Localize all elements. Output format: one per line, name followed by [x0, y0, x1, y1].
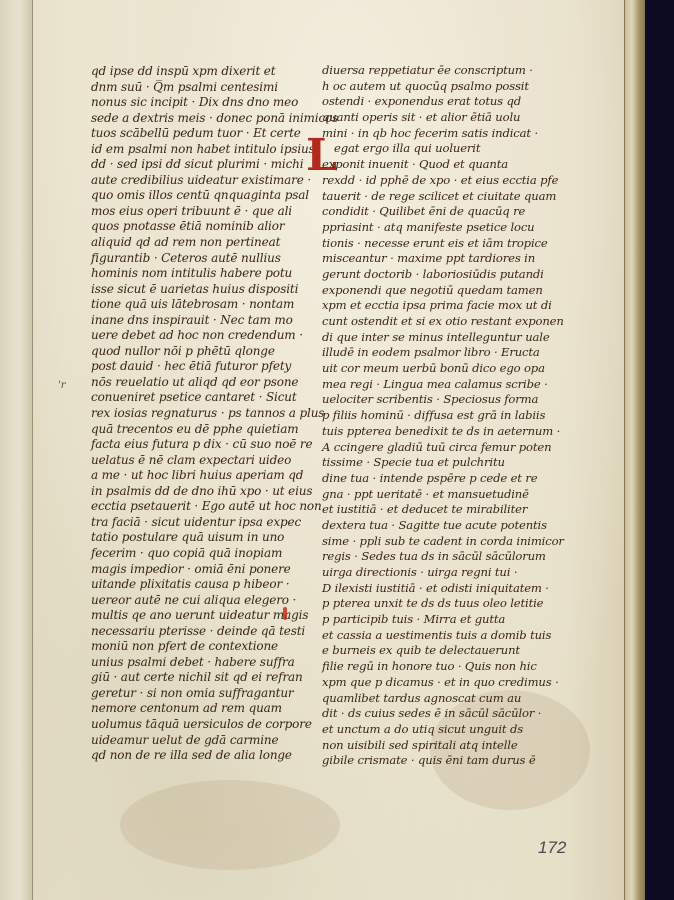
- manuscript-line: fecerim · quo copiā quā inopiam: [91, 546, 296, 562]
- manuscript-line: moniū non pfert de contextione: [91, 639, 296, 655]
- manuscript-line: tuis ppterea benedixit te ds in aeternum…: [322, 419, 552, 435]
- folio-number: 172: [538, 838, 566, 858]
- manuscript-line: illudē in eodem psalmor libro · Eructa: [322, 340, 552, 356]
- manuscript-line: e burneis ex quib te delectauerunt: [322, 638, 552, 654]
- manuscript-line: sede a dextris meis · donec ponā inimico…: [91, 111, 296, 127]
- manuscript-line: quā trecentos eu dē pphe quietiam: [91, 422, 296, 438]
- manuscript-line: cunt ostendit et si ex otio restant expo…: [322, 309, 552, 325]
- manuscript-line: rexdd · id pphē de xpo · et eius ecctia …: [322, 168, 552, 184]
- manuscript-line: dit · ds cuius sedes ē in sācūl sācūlor…: [322, 701, 552, 717]
- manuscript-line: geretur · si non omia suffragantur: [91, 686, 296, 702]
- manuscript-line: magis impedior · omiā ēni ponere: [91, 562, 296, 578]
- manuscript-line: ostendi · exponendus erat totus qd: [322, 89, 552, 105]
- manuscript-line: et iustitiā · et deducet te mirabiliter: [322, 497, 552, 513]
- manuscript-line: xpm et ecctia ipsa prima facie mox ut di: [322, 293, 552, 309]
- manuscript-line: condidit · Quilibet ēni de quacūq re: [322, 199, 552, 215]
- manuscript-line: regis · Sedes tua ds in sācūl sācūlorum: [322, 544, 552, 560]
- manuscript-line: tatio postulare quā uisum in uno: [91, 530, 296, 546]
- manuscript-line: p pterea unxit te ds ds tuus oleo letiti…: [322, 591, 552, 607]
- manuscript-line: unius psalmi debet · habere suffra: [91, 655, 296, 671]
- manuscript-line: sime · ppli sub te cadent in corda inimi…: [322, 529, 552, 545]
- manuscript-line: dnm suū · Q̅m psalmi centesimi: [91, 80, 296, 96]
- manuscript-line: diuersa reppetiatur ēe conscriptum ·: [322, 58, 552, 74]
- manuscript-line: ecctia psetauerit · Ego autē ut hoc non: [91, 499, 296, 515]
- manuscript-line: uideamur uelut de gdā carmine: [91, 733, 296, 749]
- manuscript-line: in psalmis dd de dno ihū xpo · ut eius: [91, 484, 296, 500]
- red-ink-mark: [283, 607, 287, 620]
- manuscript-line: uelatus ē nē clam expectari uideo: [91, 453, 296, 469]
- page-edge: [624, 0, 645, 900]
- manuscript-line: tionis · necesse erunt eis et iām tropic…: [322, 231, 552, 247]
- text-column-left: qd ipse dd inspū xpm dixerit etdnm suū ·…: [91, 64, 296, 764]
- manuscript-line: post dauid · hec ētiā futuror pfety: [91, 359, 296, 375]
- manuscript-line: dextera tua · Sagitte tue acute potentis: [322, 513, 552, 529]
- binding-gutter: [0, 0, 33, 900]
- manuscript-line: a me · ut hoc libri huius aperiam qd: [91, 468, 296, 484]
- manuscript-line: uit cor meum uerbū bonū dico ego opa: [322, 356, 552, 372]
- manuscript-line: exponendi que negotiū quedam tamen: [322, 278, 552, 294]
- manuscript-line: D ilexisti iustitiā · et odisti iniquita…: [322, 576, 552, 592]
- manuscript-line: quod nullor nōi p phētū qlonge: [91, 344, 296, 360]
- manuscript-line: giū · aut certe nichil sit qd ei refran: [91, 670, 296, 686]
- manuscript-line: id em psalmi non habet intitulo ipsius: [91, 142, 296, 158]
- manuscript-line: mos eius operi tribuunt ē · que ali: [91, 204, 296, 220]
- manuscript-line: A ccingere gladiū tuū circa femur poten: [322, 435, 552, 451]
- manuscript-line: quos pnotasse ētiā nominib alior: [91, 219, 296, 235]
- manuscript-line: isse sicut ē uarietas huius dispositi: [91, 282, 296, 298]
- manuscript-line: p filiis hominū · diffusa est grā in lab…: [322, 403, 552, 419]
- manuscript-line: uelociter scribentis · Speciosus forma: [322, 387, 552, 403]
- manuscript-line: di que inter se minus intelleguntur uale: [322, 325, 552, 341]
- manuscript-line: non uisibili sed spiritali atq intelle: [322, 733, 552, 749]
- manuscript-line: quanti operis sit · et alior ētiā uolu: [322, 105, 552, 121]
- manuscript-line: uitande plixitatis causa p hibeor ·: [91, 577, 296, 593]
- manuscript-line: mea regi · Lingua mea calamus scribe ·: [322, 372, 552, 388]
- margin-note: 'r: [58, 380, 66, 391]
- manuscript-page: 'r qd ipse dd inspū xpm dixerit etdnm su…: [0, 0, 630, 900]
- manuscript-line: et unctum a do utiq sicut unguit ds: [322, 717, 552, 733]
- manuscript-line: aute credibilius uideatur existimare ·: [91, 173, 296, 189]
- manuscript-line: gna · ppt ueritatē · et mansuetudinē: [322, 482, 552, 498]
- manuscript-line: figurantib · Ceteros autē nullius: [91, 251, 296, 267]
- manuscript-line: misceantur · maxime ppt tardiores in: [322, 246, 552, 262]
- manuscript-line: quo omis illos centū qnquaginta psal: [91, 188, 296, 204]
- manuscript-line: qd non de re illa sed de alia longe: [91, 748, 296, 764]
- manuscript-line: aliquid qd ad rem non pertineat: [91, 235, 296, 251]
- manuscript-line: rex iosias regnaturus · ps tannos a plus: [91, 406, 296, 422]
- manuscript-line: tuos scābellū pedum tuor · Et certe: [91, 126, 296, 142]
- manuscript-line: uereor autē ne cui aliqua elegero ·: [91, 593, 296, 609]
- manuscript-line: inane dns inspirauit · Nec tam mo: [91, 313, 296, 329]
- manuscript-line: et cassia a uestimentis tuis a domib tui…: [322, 623, 552, 639]
- manuscript-line: nemore centonum ad rem quam: [91, 701, 296, 717]
- manuscript-line: h oc autem ut quocūq psalmo possit: [322, 74, 552, 90]
- manuscript-line: uere debet ad hoc non credendum ·: [91, 328, 296, 344]
- manuscript-line: ppriasint · atq manifeste psetice locu: [322, 215, 552, 231]
- manuscript-line: facta eius futura p dix · cū suo noē re: [91, 437, 296, 453]
- manuscript-line: tione quā uis lātebrosam · nontam: [91, 297, 296, 313]
- text-column-right: diuersa reppetiatur ēe conscriptum ·h o…: [322, 58, 552, 764]
- manuscript-line: dd · sed ipsi dd sicut plurimi · michi: [91, 157, 296, 173]
- manuscript-line: nōs reuelatio ut aliqd qd eor psone: [91, 375, 296, 391]
- manuscript-line: dine tua · intende pspēre p cede et re: [322, 466, 552, 482]
- manuscript-line: gibile crismate · quis ēni tam durus ē: [322, 748, 552, 764]
- manuscript-line: xpm que p dicamus · et in quo credimus ·: [322, 670, 552, 686]
- parchment-stain: [120, 780, 340, 870]
- manuscript-line: gerunt doctorib · laboriosiūdis putandi: [322, 262, 552, 278]
- manuscript-line: uolumus tāquā uersiculos de corpore: [91, 717, 296, 733]
- manuscript-line: multis qe ano uerunt uideatur magis: [91, 608, 296, 624]
- manuscript-line: quamlibet tardus agnoscat cum au: [322, 686, 552, 702]
- manuscript-line: necessariu pterisse · deinde qā testi: [91, 624, 296, 640]
- manuscript-line: tra faciā · sicut uidentur ipsa expec: [91, 515, 296, 531]
- manuscript-line: hominis nom intitulis habere potu: [91, 266, 296, 282]
- manuscript-line: nonus sic incipit · Dix dns dno meo: [91, 95, 296, 111]
- manuscript-line: mini · in qb hoc fecerim satis indicat ·: [322, 121, 552, 137]
- manuscript-line: filie regū in honore tuo · Quis non hic: [322, 654, 552, 670]
- manuscript-line: conueniret psetice cantaret · Sicut: [91, 390, 296, 406]
- manuscript-line: tauerit · de rege scilicet et ciuitate q…: [322, 184, 552, 200]
- manuscript-line: qd ipse dd inspū xpm dixerit et: [91, 64, 296, 80]
- manuscript-line: exponit inuenit · Quod et quanta: [322, 152, 552, 168]
